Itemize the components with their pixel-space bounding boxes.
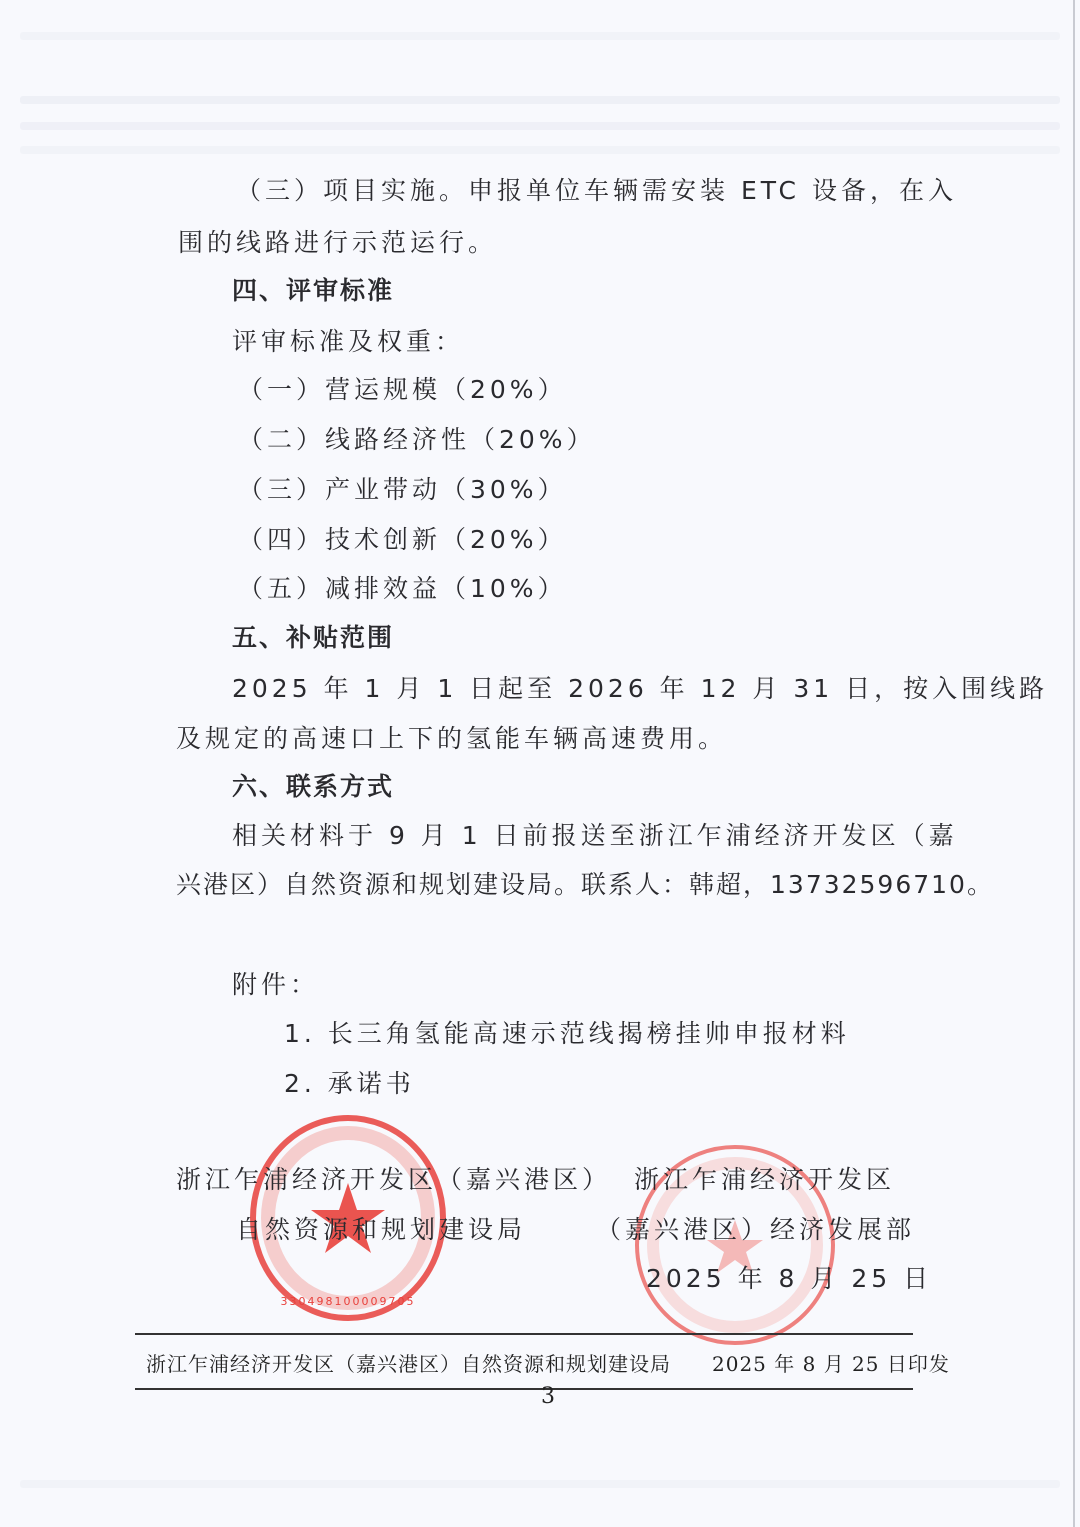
footer-issue-date: 2025 年 8 月 25 日印发 xyxy=(712,1350,950,1378)
attachment-item: 1. 长三角氢能高速示范线揭榜挂帅申报材料 xyxy=(284,1017,850,1051)
bleed-through xyxy=(20,1480,1060,1488)
criteria-intro: 评审标准及权重： xyxy=(232,325,464,359)
svg-text:330498100009705: 330498100009705 xyxy=(281,1295,416,1308)
paragraph-project-implementation: （三）项目实施。申报单位车辆需安装 ETC 设备，在入 xyxy=(236,174,957,208)
signatory-right-line1: 浙江乍浦经济开发区 xyxy=(634,1163,895,1197)
bleed-through xyxy=(20,122,1060,130)
footer-issuer: 浙江乍浦经济开发区（嘉兴港区）自然资源和规划建设局 xyxy=(146,1350,671,1378)
heading-subsidy-scope: 五、补贴范围 xyxy=(232,621,394,655)
paragraph-project-implementation-cont: 围的线路进行示范运行。 xyxy=(178,226,497,260)
bleed-through xyxy=(20,146,1060,154)
page-number: 3 xyxy=(541,1384,555,1409)
page-edge xyxy=(1073,0,1075,1527)
signatory-left-line1: 浙江乍浦经济开发区（嘉兴港区） xyxy=(176,1163,611,1197)
signature-date: 2025 年 8 月 25 日 xyxy=(646,1262,932,1296)
heading-evaluation-criteria: 四、评审标准 xyxy=(232,274,394,308)
criteria-item: （五）减排效益（10%） xyxy=(238,572,567,606)
bleed-through xyxy=(20,96,1060,104)
criteria-item: （二）线路经济性（20%） xyxy=(238,423,596,457)
attachment-item: 2. 承诺书 xyxy=(284,1067,415,1101)
criteria-item: （四）技术创新（20%） xyxy=(238,523,567,557)
footer-rule-bottom xyxy=(135,1388,913,1390)
document-page: （三）项目实施。申报单位车辆需安装 ETC 设备，在入 围的线路进行示范运行。 … xyxy=(0,0,1080,1527)
signatory-left-line2: 自然资源和规划建设局 xyxy=(236,1213,526,1247)
attachments-label: 附件： xyxy=(232,968,319,1002)
paragraph-subsidy-scope: 2025 年 1 月 1 日起至 2026 年 12 月 31 日，按入围线路 xyxy=(232,672,1048,706)
paragraph-subsidy-scope-cont: 及规定的高速口上下的氢能车辆高速费用。 xyxy=(176,722,727,756)
criteria-item: （一）营运规模（20%） xyxy=(238,373,567,407)
footer-rule-top xyxy=(135,1333,913,1335)
criteria-item: （三）产业带动（30%） xyxy=(238,473,567,507)
bleed-through xyxy=(20,32,1060,40)
paragraph-contact: 相关材料于 9 月 1 日前报送至浙江乍浦经济开发区（嘉 xyxy=(232,819,958,853)
signatory-right-line2: （嘉兴港区）经济发展部 xyxy=(596,1213,915,1247)
paragraph-contact-cont: 兴港区）自然资源和规划建设局。联系人：韩超，13732596710。 xyxy=(176,868,994,902)
heading-contact: 六、联系方式 xyxy=(232,770,394,804)
